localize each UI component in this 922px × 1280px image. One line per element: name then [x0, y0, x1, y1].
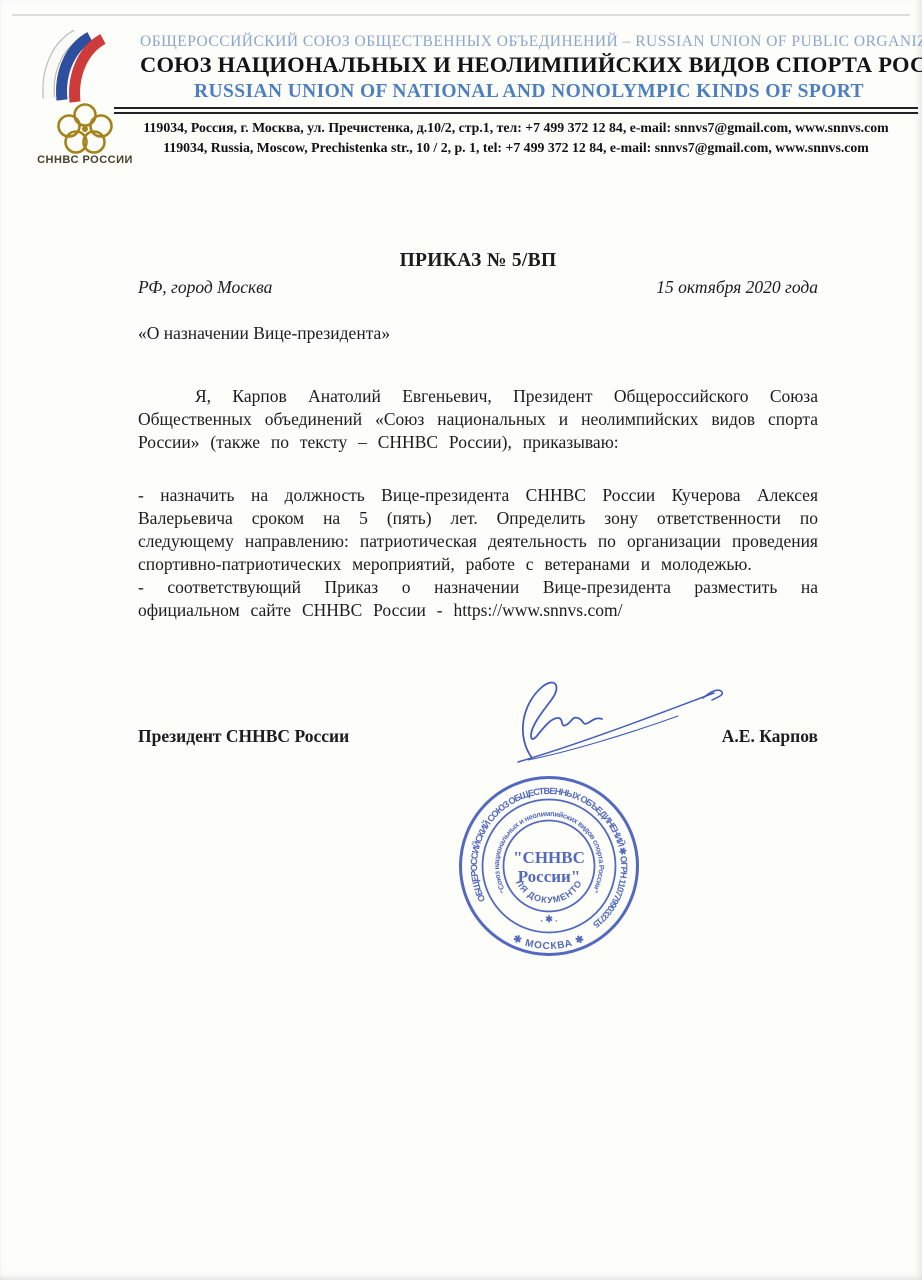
- round-stamp: ОБЩЕРОССИЙСКИЙ СОЮЗ ОБЩЕСТВЕННЫХ ОБЪЕДИН…: [458, 775, 640, 957]
- order-title: ПРИКАЗ № 5/ВП: [138, 250, 818, 272]
- order-items: - назначить на должность Вице-президента…: [138, 484, 818, 622]
- order-place: РФ, город Москва: [138, 277, 272, 298]
- scan-artifact-line: [12, 14, 910, 16]
- place-date-row: РФ, город Москва 15 октября 2020 года: [138, 277, 818, 298]
- contact-block: 119034, Россия, г. Москва, ул. Пречистен…: [114, 118, 918, 157]
- order-preamble: Я, Карпов Анатолий Евгеньевич, Президент…: [138, 385, 818, 454]
- letterhead-org-name-en: RUSSIAN UNION OF NATIONAL AND NONOLYMPIC…: [140, 81, 918, 103]
- order-subject: «О назначении Вице-президента»: [138, 323, 818, 344]
- letterhead-line-ru-en: ОБЩЕРОССИЙСКИЙ СОЮЗ ОБЩЕСТВЕННЫХ ОБЪЕДИН…: [140, 33, 918, 51]
- address-line-ru: 119034, Россия, г. Москва, ул. Пречистен…: [114, 118, 918, 138]
- signature-ink-icon: [498, 662, 738, 768]
- preamble-paragraph: Я, Карпов Анатолий Евгеньевич, Президент…: [138, 385, 818, 454]
- stamp-separator-text: . ✱ .: [540, 913, 558, 924]
- stamp-center-line2: России": [518, 867, 581, 886]
- tricolor-ribbon-icon: [49, 35, 103, 102]
- order-item-appointment: - назначить на должность Вице-президента…: [138, 484, 818, 576]
- letterhead-org-name-ru: СОЮЗ НАЦИОНАЛЬНЫХ И НЕОЛИМПИЙСКИХ ВИДОВ …: [140, 52, 918, 78]
- stamp-center-line1: "СННВС: [513, 848, 585, 867]
- order-item-publication: - соответствующий Приказ о назначении Ви…: [138, 576, 818, 622]
- svg-text:. ✱ .: . ✱ .: [540, 913, 558, 924]
- order-date: 15 октября 2020 года: [656, 277, 818, 298]
- scanned-order-document: СННВС РОССИИ ОБЩЕРОССИЙСКИЙ СОЮЗ ОБЩЕСТВ…: [0, 0, 922, 1280]
- five-rings-icon: [59, 105, 112, 153]
- letterhead: ОБЩЕРОССИЙСКИЙ СОЮЗ ОБЩЕСТВЕННЫХ ОБЪЕДИН…: [140, 33, 918, 103]
- letterhead-divider: [114, 107, 918, 114]
- address-line-en: 119034, Russia, Moscow, Prechistenka str…: [114, 138, 918, 158]
- signer-position: Президент СННВС России: [138, 726, 349, 747]
